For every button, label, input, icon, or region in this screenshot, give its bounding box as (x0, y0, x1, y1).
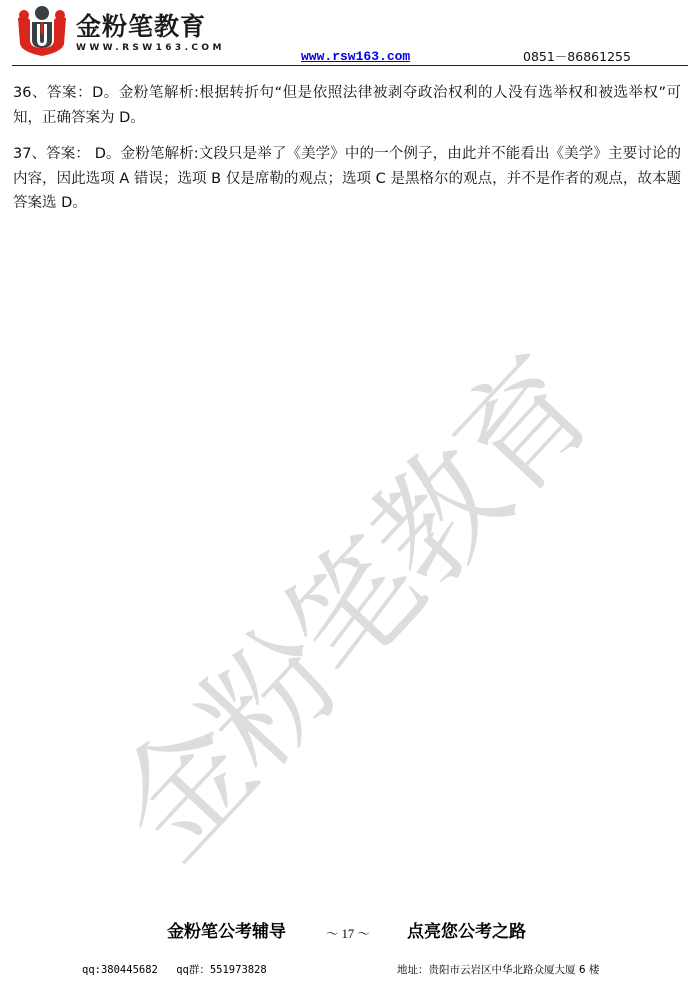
footer-address: 地址：贵阳市云岩区中华北路众厦大厦 6 楼 (397, 963, 599, 977)
header-divider (12, 65, 688, 67)
footer-slogan-left: 金粉笔公考辅导 (167, 921, 286, 943)
phone-number: 0851－86861255 (523, 49, 631, 64)
answer-37: 37、答案： D。金粉笔解析:文段只是举了《美学》中的一个例子，由此并不能看出《… (13, 142, 681, 216)
footer-slogan-right: 点亮您公考之路 (407, 921, 526, 943)
qq-group-number: qq群：551973828 (176, 964, 267, 976)
answer-36: 36、答案：D。金粉笔解析:根据转折句“但是依照法律被剥夺政治权利的人没有选举权… (13, 81, 681, 130)
page-number: ～ 17 ～ (326, 925, 370, 943)
brand-logo-icon (16, 4, 68, 56)
brand-name: 金粉笔教育 (76, 13, 206, 41)
brand-url: WWW.RSW163.COM (76, 43, 225, 54)
qq-number: qq:380445682 (82, 964, 158, 976)
watermark: 金粉笔教育 (97, 340, 613, 881)
answer-list: 36、答案：D。金粉笔解析:根据转折句“但是依照法律被剥夺政治权利的人没有选举权… (13, 81, 681, 228)
footer-contacts: qq:380445682 qq群：551973828 (82, 963, 267, 977)
website-link[interactable]: www.rsw163.com (301, 49, 410, 64)
